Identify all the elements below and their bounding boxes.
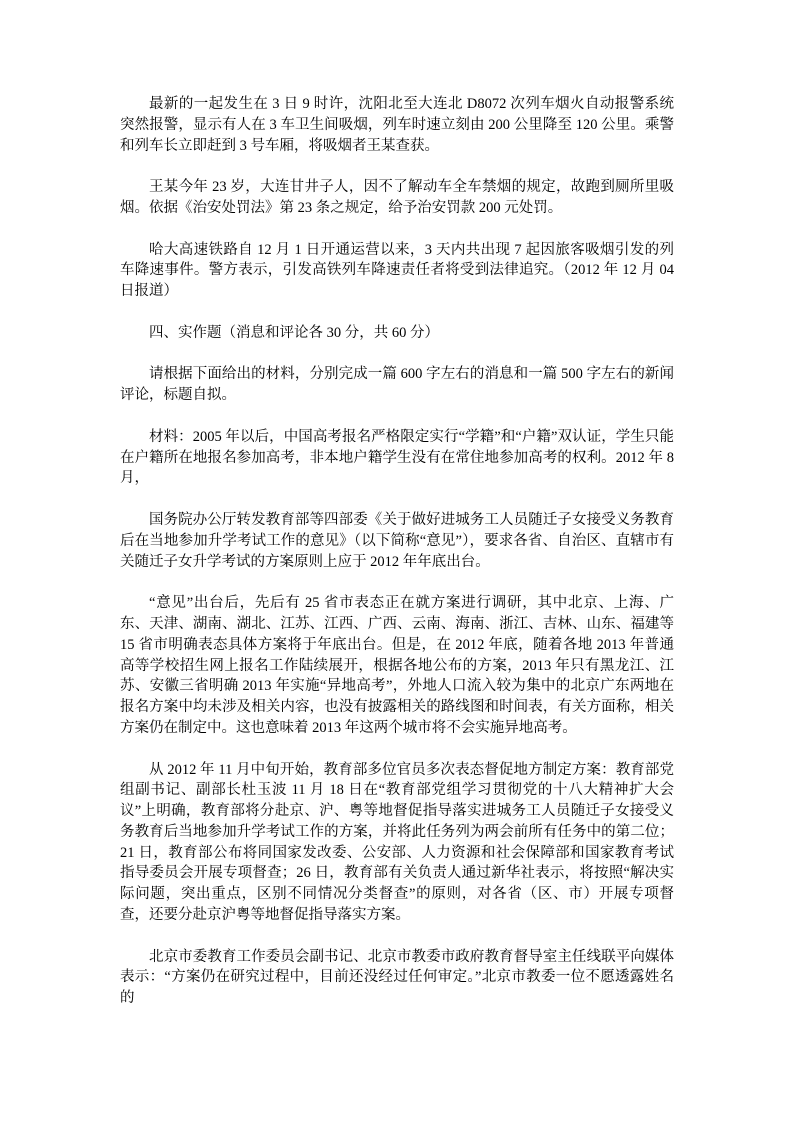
- paragraph-ministry-of-education-supervision: 从 2012 年 11 月中旬开始，教育部多位官员多次表态督促地方制定方案：教育…: [120, 760, 674, 926]
- paragraph-beijing-official-statement: 北京市委教育工作委员会副书记、北京市教委市政府教育督导室主任线联平向媒体表示：“…: [120, 947, 674, 1009]
- paragraph-task-instructions: 请根据下面给出的材料，分别完成一篇 600 字左右的消息和一篇 500 字左右的…: [120, 364, 674, 406]
- paragraph-provinces-response: “意见”出台后，先后有 25 省市表态正在就方案进行调研，其中北京、上海、广东、…: [120, 593, 674, 739]
- paragraph-train-smoking-latest-incident: 最新的一起发生在 3 日 9 时许，沈阳北至大连北 D8072 次列车烟火自动报…: [120, 94, 674, 156]
- paragraph-harbin-dalian-railway-report: 哈大高速铁路自 12 月 1 日开通运营以来，3 天内共出现 7 起因旅客吸烟引…: [120, 240, 674, 302]
- paragraph-smoker-penalty: 王某今年 23 岁，大连甘井子人，因不了解动车全车禁烟的规定，故跑到厕所里吸烟。…: [120, 177, 674, 219]
- paragraph-material-gaokao-registration: 材料：2005 年以后，中国高考报名严格限定实行“学籍”和“户籍”双认证，学生只…: [120, 427, 674, 489]
- section-four-heading: 四、实作题（消息和评论各 30 分，共 60 分）: [120, 323, 674, 344]
- document-page: 最新的一起发生在 3 日 9 时许，沈阳北至大连北 D8072 次列车烟火自动报…: [0, 0, 794, 1123]
- paragraph-state-council-opinion: 国务院办公厅转发教育部等四部委《关于做好进城务工人员随迁子女接受义务教育后在当地…: [120, 510, 674, 572]
